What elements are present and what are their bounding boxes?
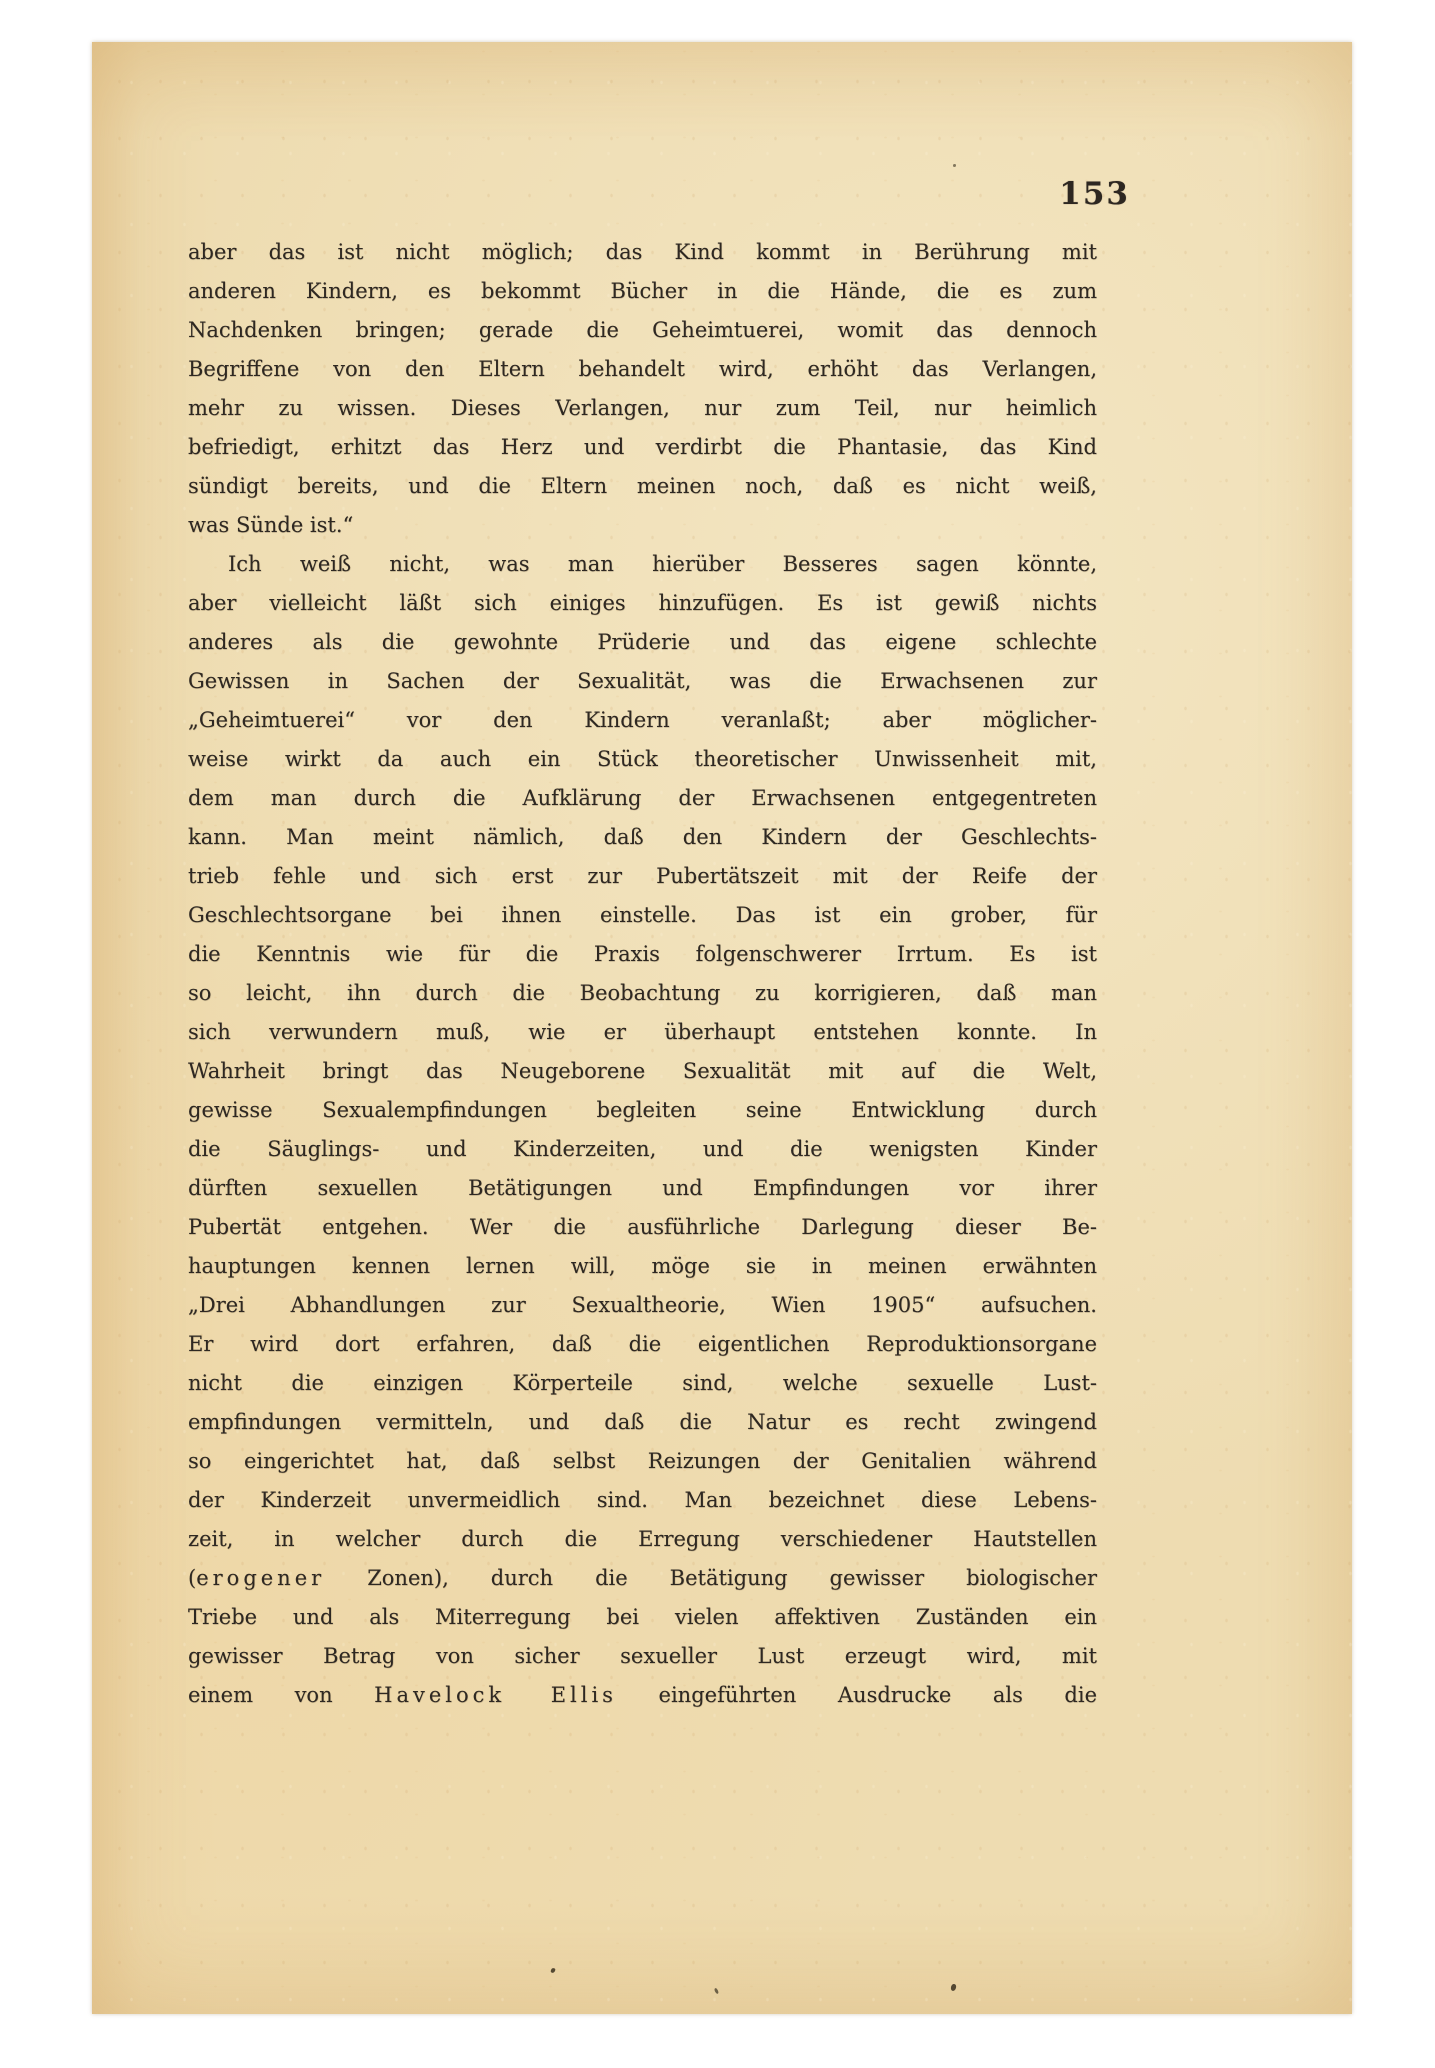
text-line: Gewissen in Sachen der Sexualität, was d… bbox=[188, 662, 1097, 701]
text-line: dürften sexuellen Betätigungen und Empfi… bbox=[188, 1169, 1097, 1208]
text-line: aber das ist nicht möglich; das Kind kom… bbox=[188, 233, 1097, 272]
text-segment: einem von bbox=[188, 1683, 374, 1707]
text-line-paragraph-end: was Sünde ist.“ bbox=[188, 506, 1097, 545]
text-line: dem man durch die Aufklärung der Erwachs… bbox=[188, 779, 1097, 818]
text-line: Nachdenken bringen; gerade die Geheimtue… bbox=[188, 311, 1097, 350]
text-segment: ( bbox=[188, 1566, 196, 1590]
text-line: gewisse Sexualempfindungen begleiten sei… bbox=[188, 1091, 1097, 1130]
text-line: „Geheimtuerei“ vor den Kindern veranlaßt… bbox=[188, 701, 1097, 740]
text-line: die Kenntnis wie für die Praxis folgensc… bbox=[188, 935, 1097, 974]
text-line-letterspaced: (erogener Zonen), durch die Betätigung g… bbox=[188, 1559, 1097, 1598]
text-line: Pubertät entgehen. Wer die ausführliche … bbox=[188, 1208, 1097, 1247]
text-line: Triebe und als Miterregung bei vielen af… bbox=[188, 1598, 1097, 1637]
text-line: kann. Man meint nämlich, daß den Kindern… bbox=[188, 818, 1097, 857]
text-segment: Zonen), durch die Betätigung gewisser bi… bbox=[325, 1566, 1097, 1590]
text-line-paragraph-start: Ich weiß nicht, was man hierüber Bessere… bbox=[188, 545, 1097, 584]
text-line: befriedigt, erhitzt das Herz und verdirb… bbox=[188, 428, 1097, 467]
ink-speck bbox=[950, 1984, 956, 1992]
text-line: aber vielleicht läßt sich einiges hinzuf… bbox=[188, 584, 1097, 623]
ink-speck bbox=[953, 164, 956, 167]
ink-speck bbox=[550, 1967, 556, 1973]
page-number: 153 bbox=[1059, 176, 1130, 212]
text-line: der Kinderzeit unvermeidlich sind. Man b… bbox=[188, 1481, 1097, 1520]
text-line: gewisser Betrag von sicher sexueller Lus… bbox=[188, 1637, 1097, 1676]
text-line: anderen Kindern, es bekommt Bücher in di… bbox=[188, 272, 1097, 311]
text-line: weise wirkt da auch ein Stück theoretisc… bbox=[188, 740, 1097, 779]
text-segment: eingeführten Ausdrucke als die bbox=[617, 1683, 1097, 1707]
scanned-book-page: 153 aber das ist nicht möglich; das Kind… bbox=[0, 0, 1435, 2068]
text-line: empfindungen vermitteln, und daß die Nat… bbox=[188, 1403, 1097, 1442]
ink-speck bbox=[714, 1988, 720, 1995]
text-line: die Säuglings- und Kinderzeiten, und die… bbox=[188, 1130, 1097, 1169]
text-line: anderes als die gewohnte Prüderie und da… bbox=[188, 623, 1097, 662]
text-line: Wahrheit bringt das Neugeborene Sexualit… bbox=[188, 1052, 1097, 1091]
letterspaced-term: erogener bbox=[196, 1566, 325, 1590]
book-page-paper: 153 aber das ist nicht möglich; das Kind… bbox=[92, 42, 1352, 2014]
text-line: trieb fehle und sich erst zur Pubertätsz… bbox=[188, 857, 1097, 896]
text-line: hauptungen kennen lernen will, möge sie … bbox=[188, 1247, 1097, 1286]
text-line: Begriffene von den Eltern behandelt wird… bbox=[188, 350, 1097, 389]
text-line: Er wird dort erfahren, daß die eigentlic… bbox=[188, 1325, 1097, 1364]
text-line: sich verwundern muß, wie er überhaupt en… bbox=[188, 1013, 1097, 1052]
text-line: Geschlechtsorgane bei ihnen einstelle. D… bbox=[188, 896, 1097, 935]
text-line-letterspaced: einem von Havelock Ellis eingeführten Au… bbox=[188, 1676, 1097, 1715]
text-line: „Drei Abhandlungen zur Sexualtheorie, Wi… bbox=[188, 1286, 1097, 1325]
text-line: so leicht, ihn durch die Beobachtung zu … bbox=[188, 974, 1097, 1013]
text-line: nicht die einzigen Körperteile sind, wel… bbox=[188, 1364, 1097, 1403]
text-line: so eingerichtet hat, daß selbst Reizunge… bbox=[188, 1442, 1097, 1481]
text-line: sündigt bereits, und die Eltern meinen n… bbox=[188, 467, 1097, 506]
text-line: mehr zu wissen. Dieses Verlangen, nur zu… bbox=[188, 389, 1097, 428]
text-line: zeit, in welcher durch die Erregung vers… bbox=[188, 1520, 1097, 1559]
person-name-spaced: Havelock Ellis bbox=[374, 1683, 617, 1707]
page-text: aber das ist nicht möglich; das Kind kom… bbox=[188, 233, 1097, 1715]
